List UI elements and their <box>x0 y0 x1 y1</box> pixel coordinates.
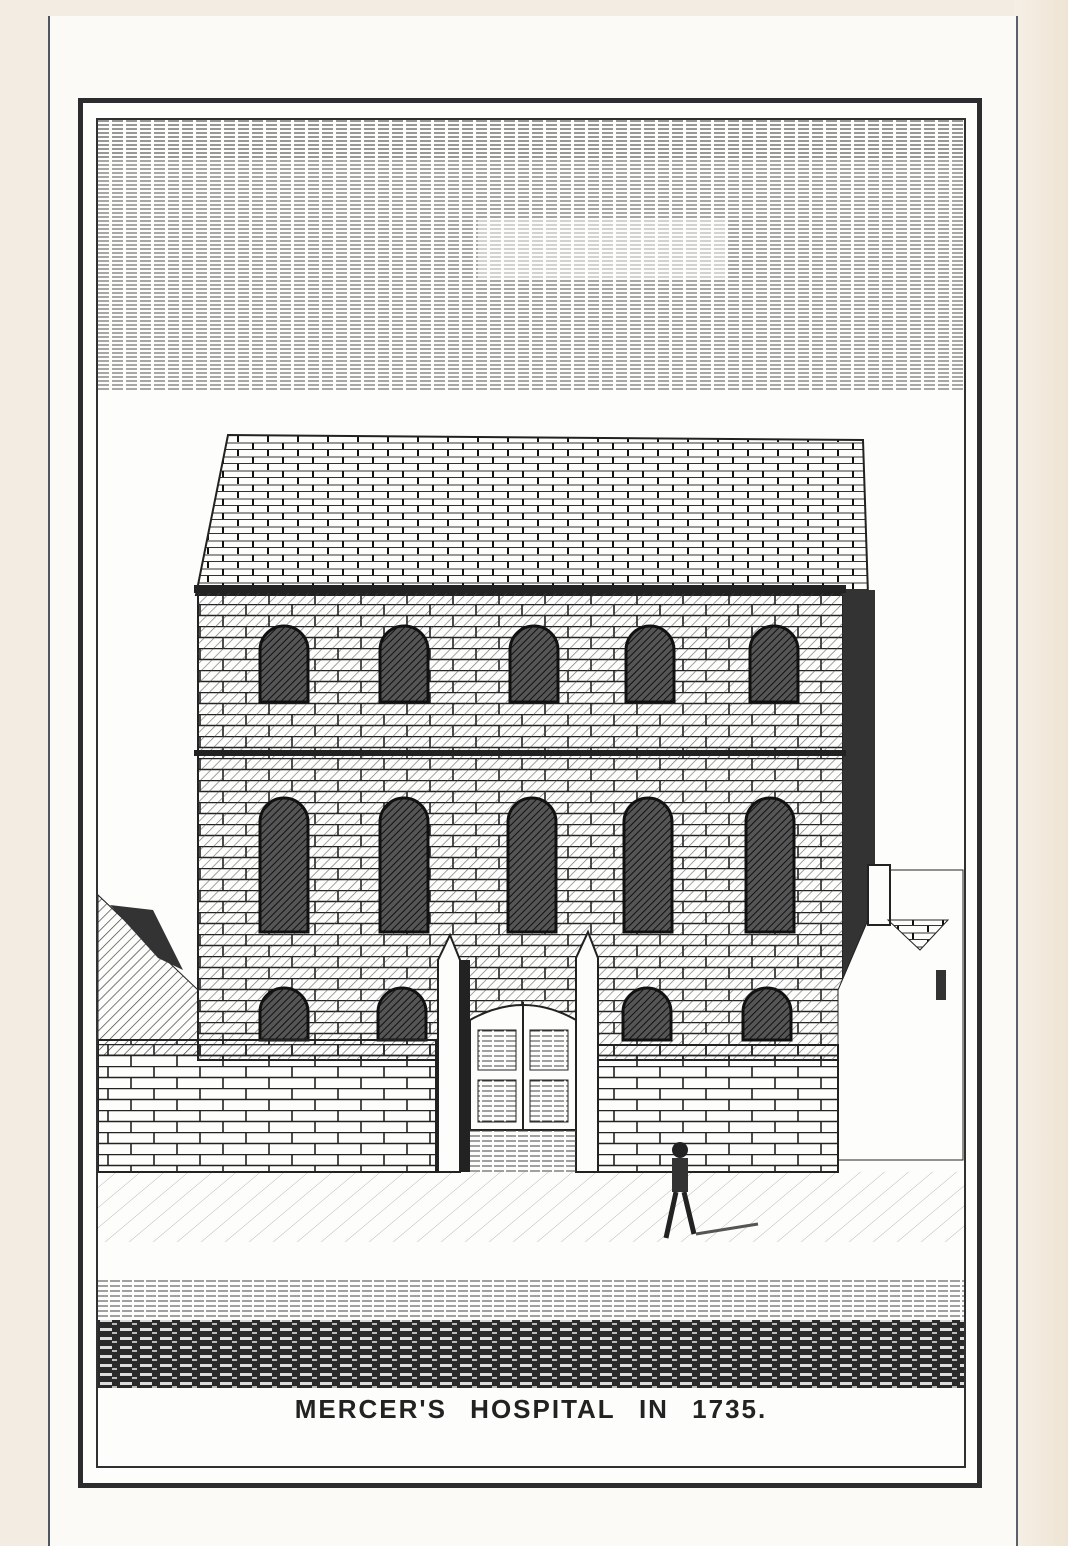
caption-word: HOSPITAL <box>470 1394 616 1424</box>
plate-caption: MERCER'S HOSPITAL IN 1735. <box>98 1394 964 1425</box>
book-page-edge <box>1014 0 1068 1546</box>
engraving-illustration <box>98 120 964 1388</box>
street-pavement <box>98 1172 964 1388</box>
sky-hatching <box>98 120 964 390</box>
left-neighbour-roof <box>98 895 198 1055</box>
hospital-roof <box>196 435 868 595</box>
caption-word: IN <box>639 1394 669 1424</box>
caption-year: 1735. <box>692 1394 767 1424</box>
caption-word: MERCER'S <box>295 1394 447 1424</box>
